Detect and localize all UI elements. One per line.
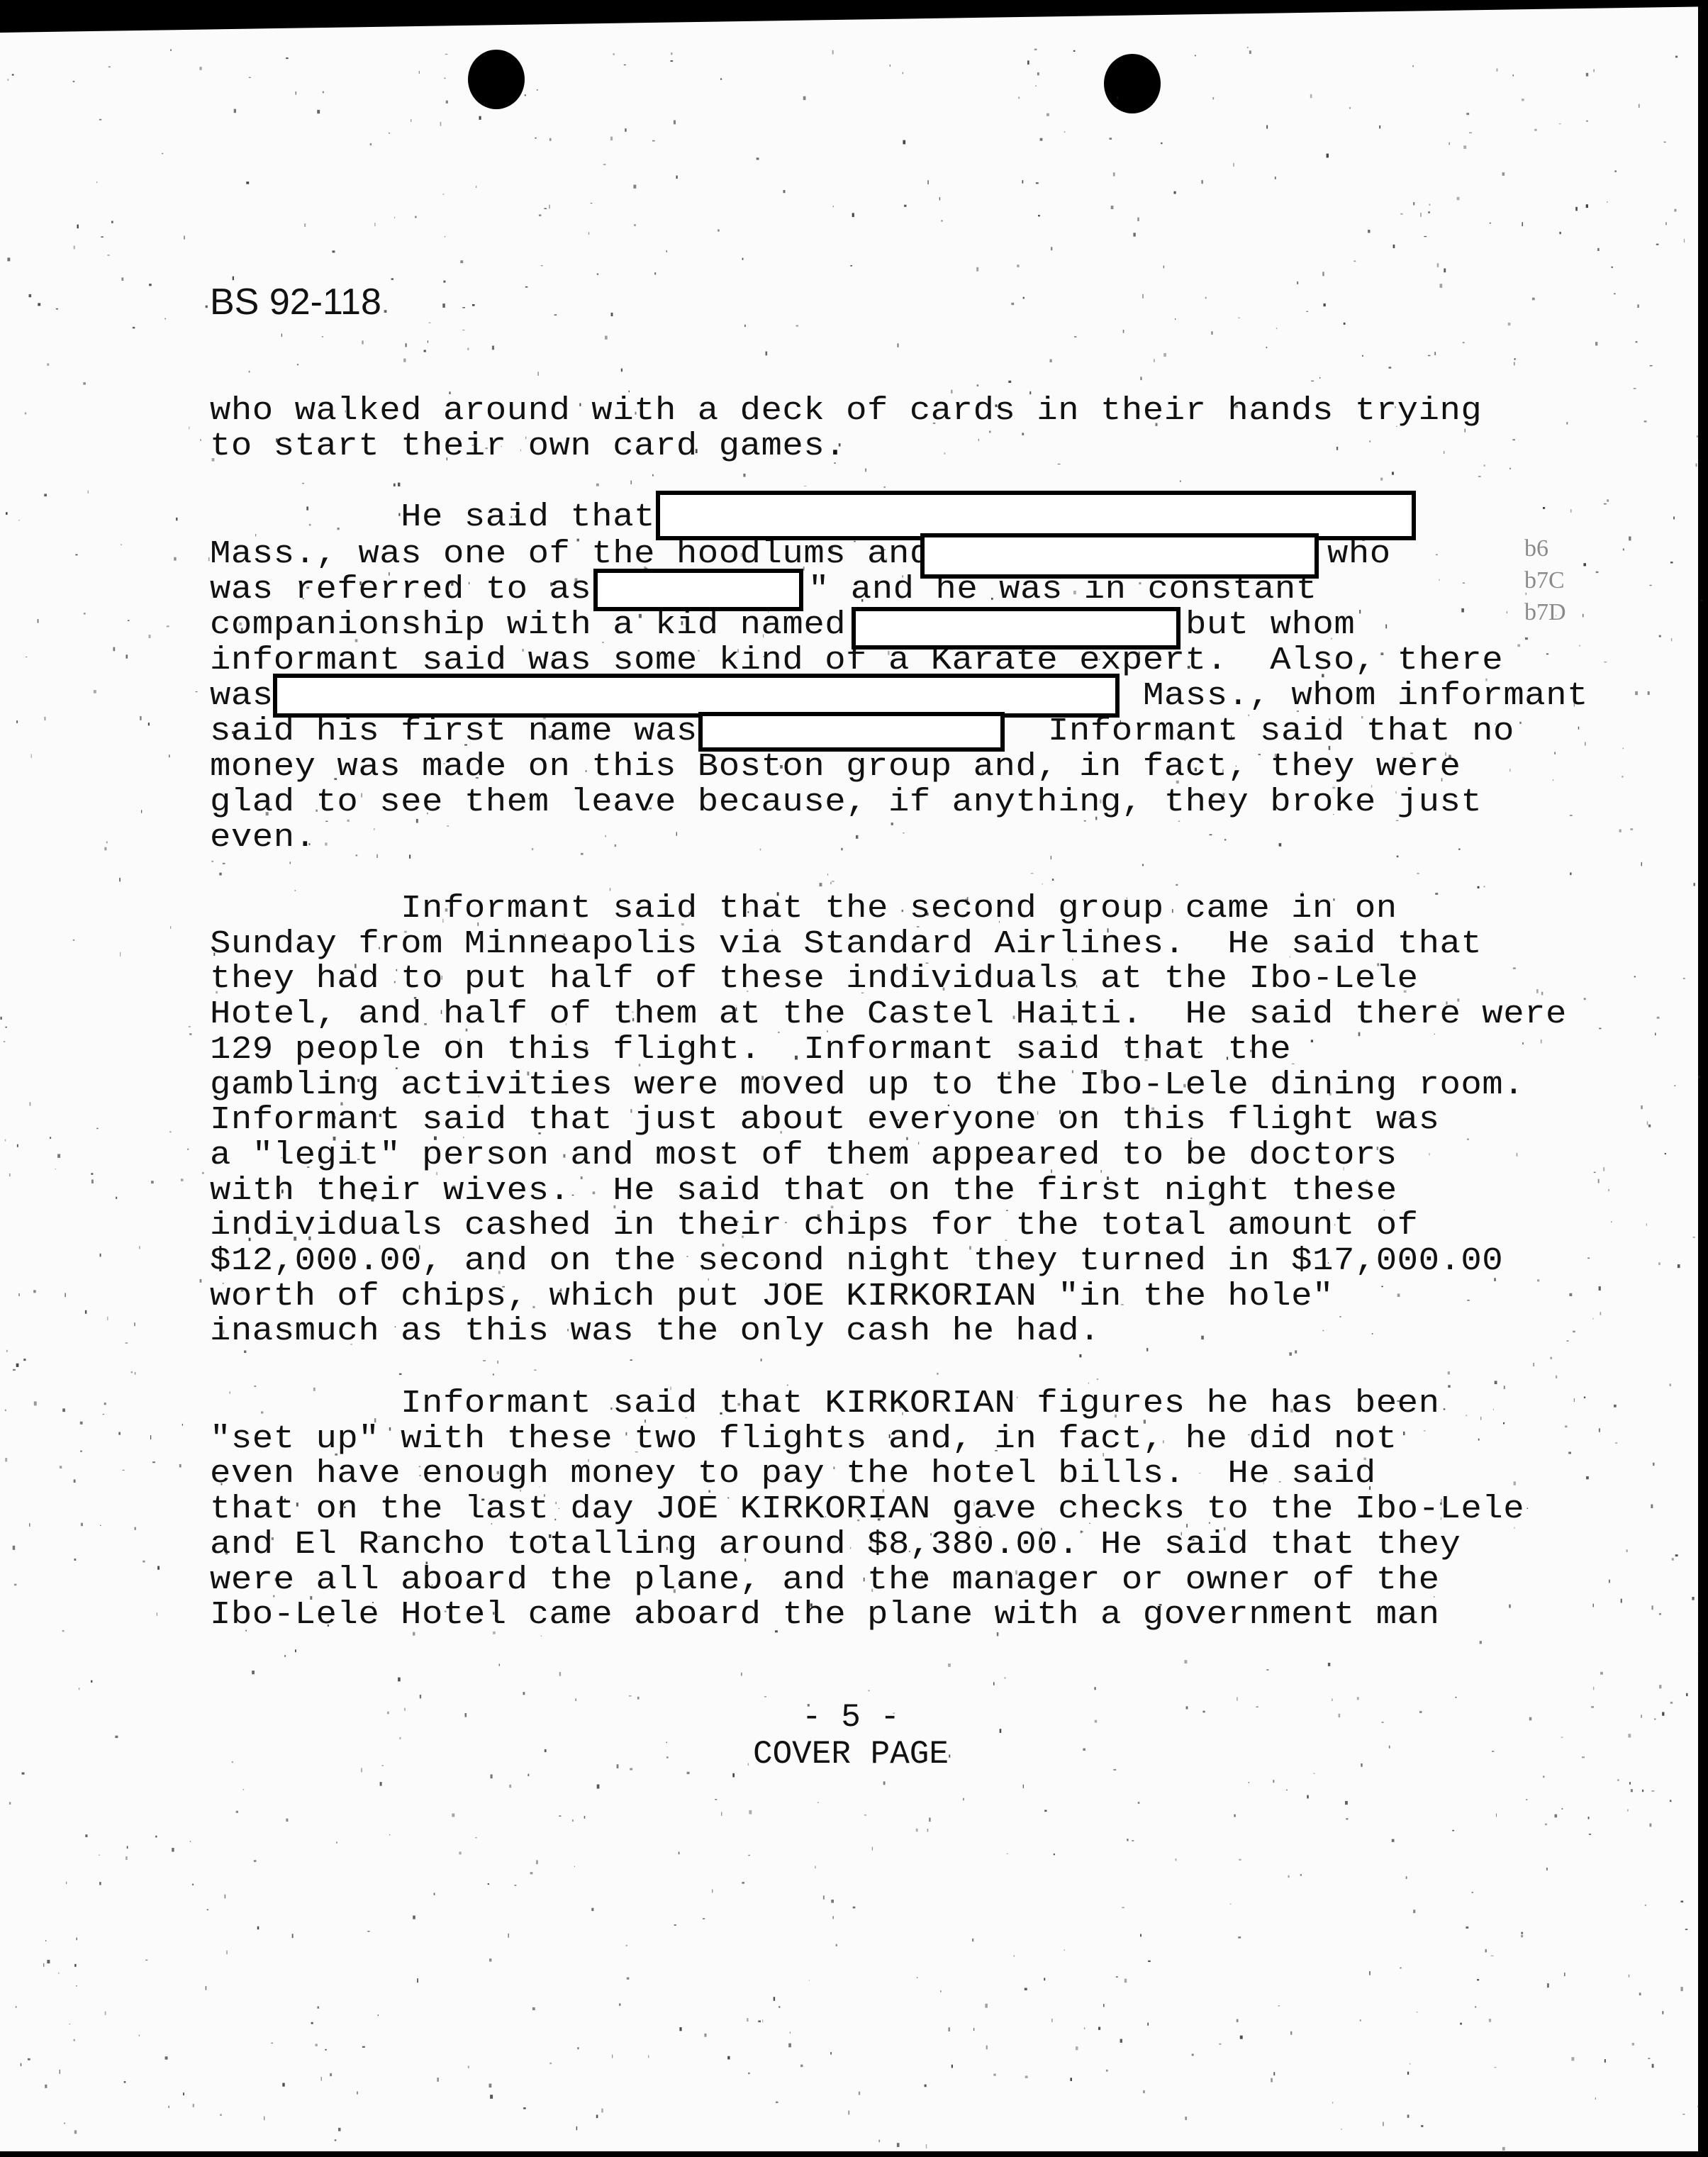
text-line: He said that (210, 501, 655, 533)
text-line: Mass., was one of the hoodlums and (210, 537, 931, 570)
text-line: Informant said that KIRKORIAN figures he… (210, 1387, 1439, 1420)
text-line: 129 people on this flight. Informant sai… (210, 1033, 1291, 1066)
text-line: Sunday from Minneapolis via Standard Air… (210, 927, 1482, 960)
footer-label: COVER PAGE (638, 1736, 1064, 1773)
text-line: inasmuch as this was the only cash he ha… (210, 1315, 1100, 1347)
redaction-box (273, 674, 1120, 718)
text-line: glad to see them leave because, if anyth… (210, 786, 1482, 818)
redaction-box (593, 569, 803, 611)
redaction-box (920, 533, 1319, 579)
text-line: Informant said that just about everyone … (210, 1103, 1439, 1136)
redaction-box (852, 607, 1180, 650)
text-fragment: who (1327, 537, 1391, 570)
exemption-code: b7C (1524, 565, 1565, 596)
text-line: was referred to as (210, 573, 591, 606)
text-line: were all aboard the plane, and the manag… (210, 1564, 1439, 1596)
text-line: even have enough money to pay the hotel … (210, 1457, 1376, 1490)
text-line: a "legit" person and most of them appear… (210, 1139, 1397, 1171)
file-number: BS 92-118 (210, 281, 381, 323)
exemption-code: b7D (1524, 597, 1566, 628)
redaction-box (698, 712, 1005, 752)
text-line: with their wives. He said that on the fi… (210, 1174, 1397, 1207)
text-line: Hotel, and half of them at the Castel Ha… (210, 998, 1567, 1030)
text-line: Ibo-Lele Hotel came aboard the plane wit… (210, 1598, 1439, 1631)
text-line: gambling activities were moved up to the… (210, 1069, 1524, 1101)
text-line: money was made on this Boston group and,… (210, 750, 1461, 783)
text-fragment: Mass., whom informant (1143, 679, 1588, 712)
text-line: and El Rancho totalling around $8,380.00… (210, 1528, 1461, 1561)
text-line: that on the last day JOE KIRKORIAN gave … (210, 1493, 1524, 1525)
text-line: $12,000.00, and on the second night they… (210, 1244, 1503, 1277)
text-line: Informant said that the second group cam… (210, 892, 1397, 925)
text-line: worth of chips, which put JOE KIRKORIAN … (210, 1280, 1334, 1312)
exemption-code: b6 (1524, 533, 1548, 564)
text-line: individuals cashed in their chips for th… (210, 1209, 1419, 1242)
text-fragment: but whom (1185, 608, 1355, 641)
text-line: who walked around with a deck of cards i… (210, 394, 1482, 427)
page-number: - 5 - (638, 1699, 1064, 1736)
document-page: BS 92-118 who walked around with a deck … (0, 0, 1708, 2157)
text-line: "set up" with these two flights and, in … (210, 1422, 1397, 1455)
text-line: even. (210, 821, 316, 854)
text-line: said his first name was (210, 715, 698, 747)
text-line: to start their own card games. (210, 430, 846, 462)
text-line: they had to put half of these individual… (210, 962, 1419, 995)
text-line: companionship with a kid named (210, 608, 846, 641)
text-fragment: Informant said that no (1048, 715, 1514, 747)
text-line: was (210, 679, 274, 712)
